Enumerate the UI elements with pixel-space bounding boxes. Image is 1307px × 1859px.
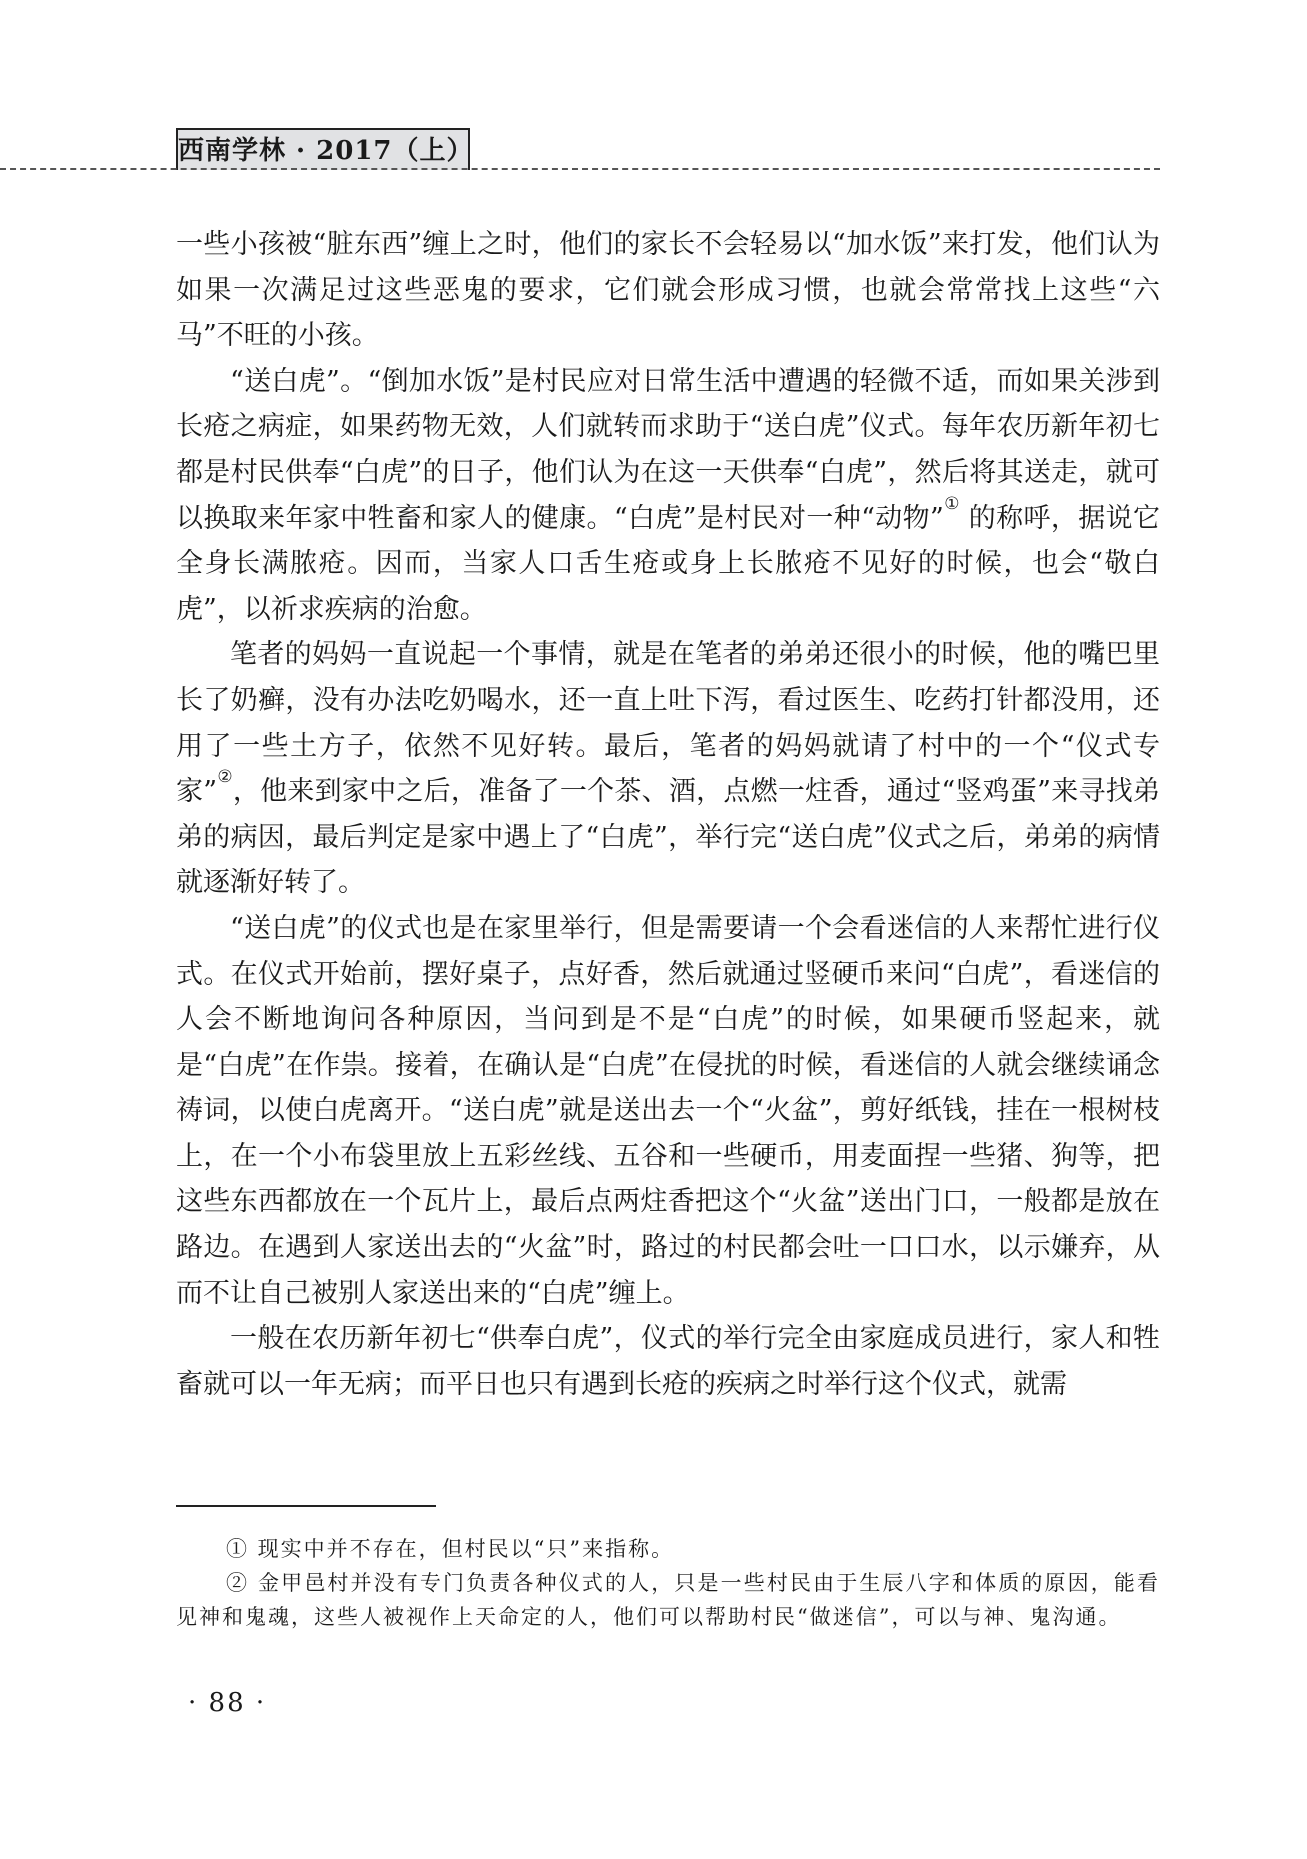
paragraph-3-text-b: ，他来到家中之后，准备了一个茶、酒，点燃一炷香，通过“竖鸡蛋”来寻找弟弟的病因，…: [176, 776, 1160, 898]
footnotes: ① 现实中并不存在，但村民以“只”来指称。 ② 金甲邑村并没有专门负责各种仪式的…: [176, 1532, 1160, 1634]
header-dashed-rule: [0, 168, 1160, 170]
footnote-2: ② 金甲邑村并没有专门负责各种仪式的人，只是一些村民由于生辰八字和体质的原因，能…: [176, 1566, 1160, 1634]
paragraph-5: 一般在农历新年初七“供奉白虎”，仪式的举行完全由家庭成员进行，家人和牲畜就可以一…: [176, 1316, 1160, 1407]
footnote-1: ① 现实中并不存在，但村民以“只”来指称。: [176, 1532, 1160, 1566]
footnote-ref-1[interactable]: ①: [944, 494, 960, 514]
footnote-ref-2[interactable]: ②: [217, 767, 233, 787]
paragraph-4: “送白虎”的仪式也是在家里举行，但是需要请一个会看迷信的人来帮忙进行仪式。在仪式…: [176, 906, 1160, 1316]
paragraph-2: “送白虎”。“倒加水饭”是村民应对日常生活中遭遇的轻微不适，而如果关涉到长疮之病…: [176, 359, 1160, 633]
footnote-separator: [176, 1505, 436, 1507]
journal-title: 西南学林 · 2017（上）: [178, 136, 474, 166]
paragraph-1: 一些小孩被“脏东西”缠上之时，他们的家长不会轻易以“加水饭”来打发，他们认为如果…: [176, 222, 1160, 359]
running-head: 西南学林 · 2017（上）: [176, 128, 470, 170]
body-text: 一些小孩被“脏东西”缠上之时，他们的家长不会轻易以“加水饭”来打发，他们认为如果…: [176, 222, 1160, 1407]
paragraph-3: 笔者的妈妈一直说起一个事情，就是在笔者的弟弟还很小的时候，他的嘴巴里长了奶癣，没…: [176, 632, 1160, 906]
page-number: · 88 ·: [188, 1688, 266, 1718]
